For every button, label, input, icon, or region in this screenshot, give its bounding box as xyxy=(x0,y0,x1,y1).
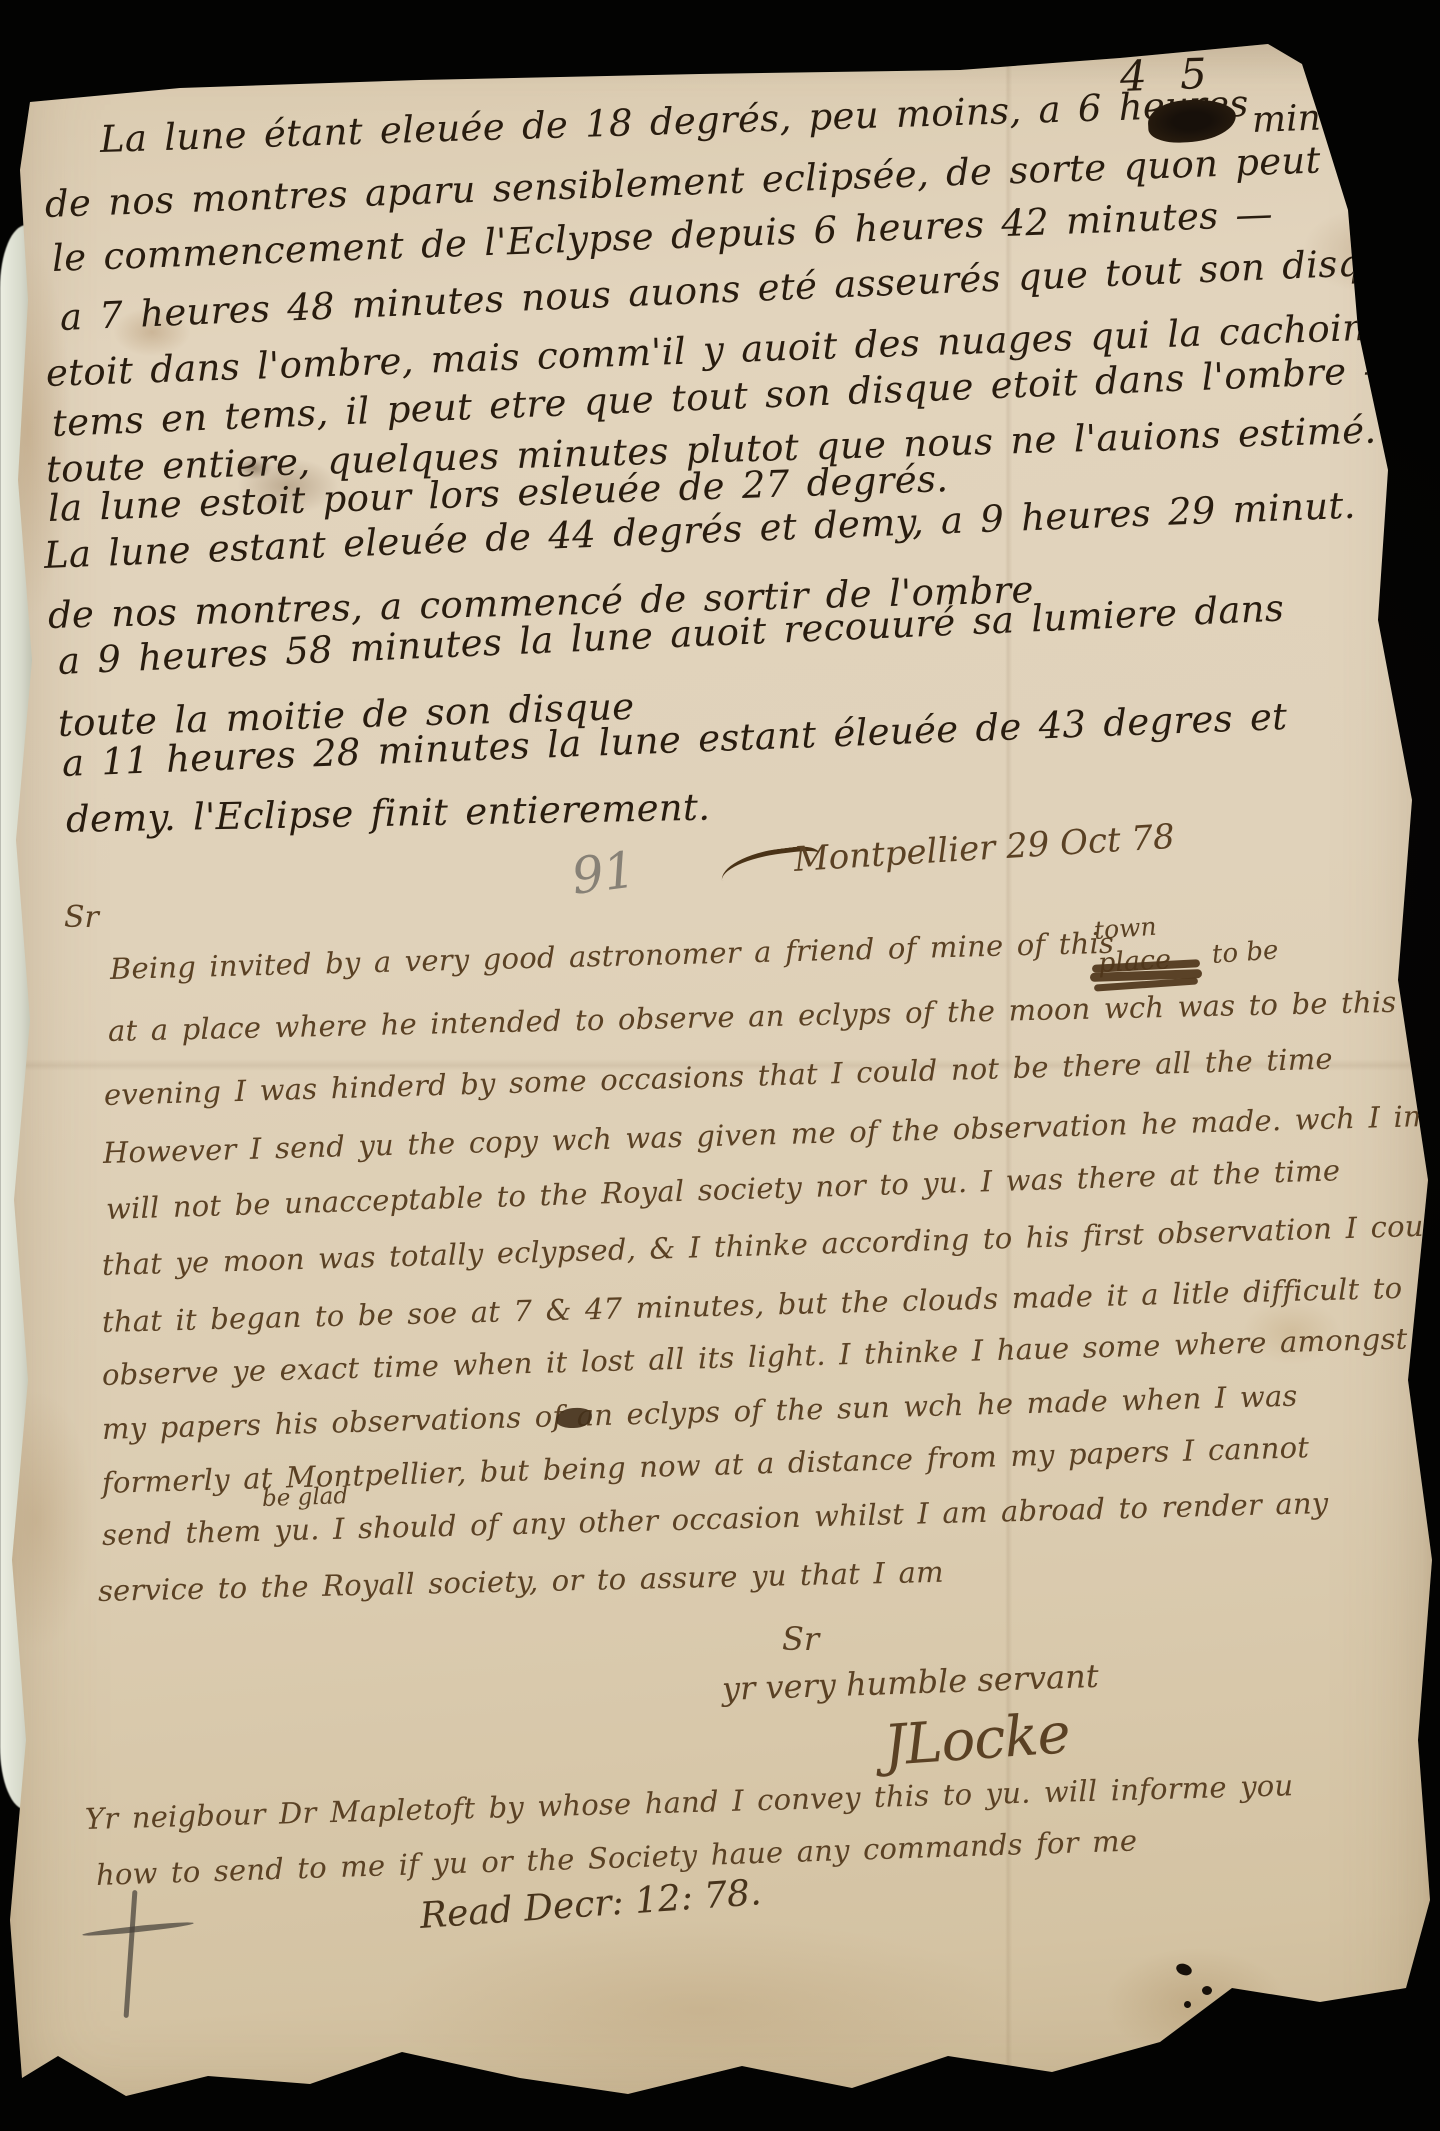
english-line: service to the Royall society, or to ass… xyxy=(98,1555,944,1608)
english-line: at a place where he intended to observe … xyxy=(108,985,1397,1048)
manuscript-page: La lune étant eleuée de 18 degrés, peu m… xyxy=(0,0,1440,2131)
ink-spatter xyxy=(1175,1962,1194,1978)
interlinear-insert-be-glad: be glad xyxy=(262,1483,349,1512)
english-line1-tail: to be xyxy=(1211,935,1279,970)
english-line: evening I was hinderd by some occasions … xyxy=(103,1042,1333,1112)
salutation: Sr xyxy=(64,900,99,935)
ink-spatter xyxy=(1212,2010,1218,2016)
french-line1-tail: minut. xyxy=(1251,96,1370,141)
pencil-page-number: 91 xyxy=(568,840,638,905)
pencil-cross-mark xyxy=(124,1890,138,2018)
closing-salutation: Sr xyxy=(782,1620,819,1658)
ink-spatter xyxy=(1184,2001,1191,2008)
inserted-correction-45: 4 5 xyxy=(1119,49,1217,101)
english-line: Being invited by a very good astronomer … xyxy=(110,926,1115,986)
endorsement-read-date: Read Decr: 12: 78. xyxy=(419,1872,763,1937)
pencil-cross-mark xyxy=(82,1920,194,1938)
ink-spatter xyxy=(1202,1986,1212,1995)
dateline: Montpellier 29 Oct 78 xyxy=(793,817,1176,880)
interlinear-insert-town: town xyxy=(1093,912,1157,945)
signature-jlocke: JLocke xyxy=(882,1701,1072,1779)
french-line: demy. l'Eclipse finit entierement. xyxy=(66,786,711,841)
valediction: yr very humble servant xyxy=(721,1657,1099,1708)
photograph-background: La lune étant eleuée de 18 degrés, peu m… xyxy=(0,0,1440,2131)
